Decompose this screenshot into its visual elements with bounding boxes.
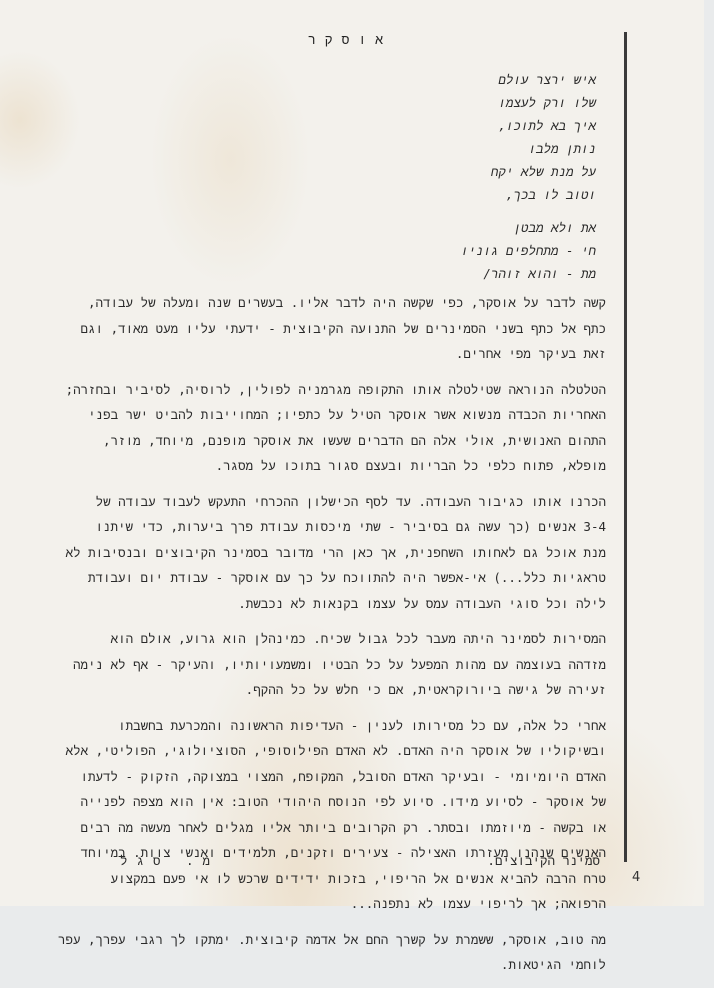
poem-line: את ולא מבטן — [296, 216, 596, 239]
text-line: מופלא, פתוח כלפי כל הבריות ובעצם סגור בת… — [86, 453, 606, 479]
text-line: האדם היומיומי - ובעיקר האדם הסובל, המקופ… — [86, 764, 606, 790]
text-line: טראגיות כלל...) אי-אפשר היה להתווכח על כ… — [86, 565, 606, 591]
poem-line: מת - והוא זוהר/ — [296, 262, 596, 285]
text-line: או בקשה - מיוזמתו ובסתר. רק הקרובים ביות… — [86, 815, 606, 841]
text-line: המסירות לסמינר היתה מעבר לכל גבול שכיח. … — [86, 626, 606, 652]
signature-author: מ. סגל — [120, 853, 219, 869]
text-line: לילה וכל סוגי העבודה עמס על עצמו בקנאות … — [86, 591, 606, 617]
memorial-text: קשה לדבר על אוסקר, כפי שקשה היה לדבר אלי… — [86, 290, 606, 906]
text-line: כתף אל כתף בשני הסמינרים של התנועה הקיבו… — [86, 316, 606, 342]
text-line: 3-4 אנשים (כך עשה גם בסיביר - שתי מיכסות… — [86, 514, 606, 540]
text-line: טרח הרבה להביא אנשים אל הריפוי, בזכות יד… — [86, 866, 606, 892]
paragraph: אחרי כל אלה, עם כל מסירותו לענין - העדיפ… — [86, 713, 606, 907]
text-line: האחריות הכבדה מנשוא אשר אוסקר הטיל על כת… — [86, 402, 606, 428]
paragraph: הטלטלה הנוראה שטילטלה אותו התקופה מגרמני… — [86, 377, 606, 479]
margin-rule — [624, 32, 627, 862]
text-line: קשה לדבר על אוסקר, כפי שקשה היה לדבר אלי… — [86, 290, 606, 316]
paragraph: המסירות לסמינר היתה מעבר לכל גבול שכיח. … — [86, 626, 606, 703]
text-line: הטלטלה הנוראה שטילטלה אותו התקופה מגרמני… — [86, 377, 606, 403]
poem-line: חי - מתחלפים גוניו — [296, 239, 596, 262]
stanza-break — [296, 206, 596, 216]
poem-line: על מנת שלא יקח — [296, 160, 596, 183]
signature-institution: סמינר הקיבוצים. — [487, 853, 600, 869]
text-line: מזדהה בעוצמה עם מהות המפעל על כל הבטיו ו… — [86, 652, 606, 678]
text-line: של אוסקר - לסיוע מידו. סיוע לפי הנוסח הי… — [86, 789, 606, 815]
paragraph: קשה לדבר על אוסקר, כפי שקשה היה לדבר אלי… — [86, 290, 606, 367]
paragraph: הכרנו אותו כגיבור העבודה. עד לסף הכישלון… — [86, 489, 606, 617]
text-line: הרפואה; אך לריפוי עצמו לא נתפנה... — [86, 891, 606, 906]
text-line: מנת אוכל גם לאחותו השחפנית, אך כאן הרי מ… — [86, 540, 606, 566]
text-line: זאת בעיקר מפי אחרים. — [86, 341, 606, 367]
poem-line: איך בא לתוכו, — [296, 114, 596, 137]
text-line: זעירה של גישה ביורוקראטית, אם כי חלש על … — [86, 677, 606, 703]
poem: איש ירצר עולםשלו ורק לעצמואיך בא לתוכו,נ… — [296, 68, 596, 285]
text-line: התהום האנושית, אולי אלה הם הדברים שעשו א… — [86, 428, 606, 454]
text-line: הכרנו אותו כגיבור העבודה. עד לסף הכישלון… — [86, 489, 606, 515]
signature-block: סמינר הקיבוצים. מ. סגל — [120, 853, 600, 869]
document-page: אוסקר איש ירצר עולםשלו ורק לעצמואיך בא ל… — [0, 0, 704, 906]
poem-line: איש ירצר עולם — [296, 68, 596, 91]
poem-line: שלו ורק לעצמו — [296, 91, 596, 114]
text-line: ובשיקוליו של אוסקר היה האדם. לא האדם הפי… — [86, 738, 606, 764]
poem-line: נותן מלבו — [296, 137, 596, 160]
page-number: 4 — [632, 870, 640, 885]
page-title: אוסקר — [280, 33, 420, 48]
poem-line: וטוב לו בכך, — [296, 183, 596, 206]
text-line: אחרי כל אלה, עם כל מסירותו לענין - העדיפ… — [86, 713, 606, 739]
